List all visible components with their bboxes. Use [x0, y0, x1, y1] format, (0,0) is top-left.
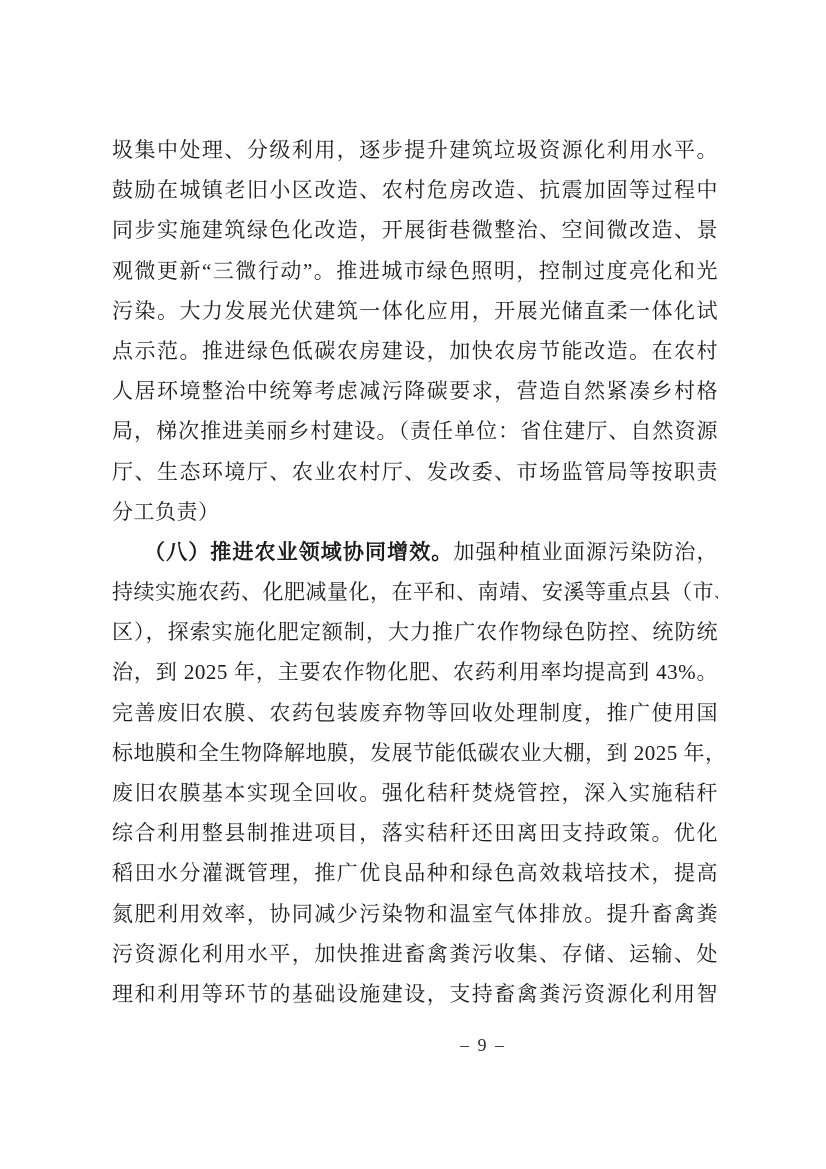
text-line: 圾集中处理、分级利用，逐步提升建筑垃圾资源化利用水平。	[112, 130, 718, 170]
text-line: 治，到 2025 年，主要农作物化肥、农药利用率均提高到 43%。	[112, 652, 718, 692]
text-line: 局，梯次推进美丽乡村建设。（责任单位：省住建厅、自然资源	[112, 411, 718, 451]
text-line: 氮肥利用效率，协同减少污染物和温室气体排放。提升畜禽粪	[112, 894, 718, 934]
page-footer: – 9 –	[0, 1035, 826, 1056]
text-line: 综合利用整县制推进项目，落实秸秆还田离田支持政策。优化	[112, 813, 718, 853]
body-text: 圾集中处理、分级利用，逐步提升建筑垃圾资源化利用水平。鼓励在城镇老旧小区改造、农…	[112, 130, 718, 1014]
text-line: 废旧农膜基本实现全回收。强化秸秆焚烧管控，深入实施秸秆	[112, 773, 718, 813]
page-number: – 9 –	[460, 1035, 506, 1055]
text-line: 稻田水分灌溉管理，推广优良品种和绿色高效栽培技术，提高	[112, 853, 718, 893]
text-line: 同步实施建筑绿色化改造，开展街巷微整治、空间微改造、景	[112, 210, 718, 250]
text-line: 污资源化利用水平，加快推进畜禽粪污收集、存储、运输、处	[112, 934, 718, 974]
section-heading: （八）推进农业领域协同增效。	[144, 540, 453, 564]
text-line: 标地膜和全生物降解地膜，发展节能低碳农业大棚，到 2025 年，	[112, 733, 718, 773]
text-line: 分工负责）	[112, 492, 718, 532]
text-line: 完善废旧农膜、农药包装废弃物等回收处理制度，推广使用国	[112, 693, 718, 733]
text-line: （八）推进农业领域协同增效。加强种植业面源污染防治，	[112, 532, 718, 572]
text-line: 污染。大力发展光伏建筑一体化应用，开展光储直柔一体化试	[112, 291, 718, 331]
text-line: 观微更新“三微行动”。推进城市绿色照明，控制过度亮化和光	[112, 251, 718, 291]
text-line: 人居环境整治中统筹考虑减污降碳要求，营造自然紧凑乡村格	[112, 371, 718, 411]
text-line: 厅、生态环境厅、农业农村厅、发改委、市场监管局等按职责	[112, 452, 718, 492]
text-line: 区），探索实施化肥定额制，大力推广农作物绿色防控、统防统	[112, 612, 718, 652]
text-line: 持续实施农药、化肥减量化，在平和、南靖、安溪等重点县（市、	[112, 572, 718, 612]
text-line: 鼓励在城镇老旧小区改造、农村危房改造、抗震加固等过程中	[112, 170, 718, 210]
text-line: 点示范。推进绿色低碳农房建设，加快农房节能改造。在农村	[112, 331, 718, 371]
text-line: 理和利用等环节的基础设施建设，支持畜禽粪污资源化利用智	[112, 974, 718, 1014]
document-page: 圾集中处理、分级利用，逐步提升建筑垃圾资源化利用水平。鼓励在城镇老旧小区改造、农…	[0, 0, 826, 1169]
